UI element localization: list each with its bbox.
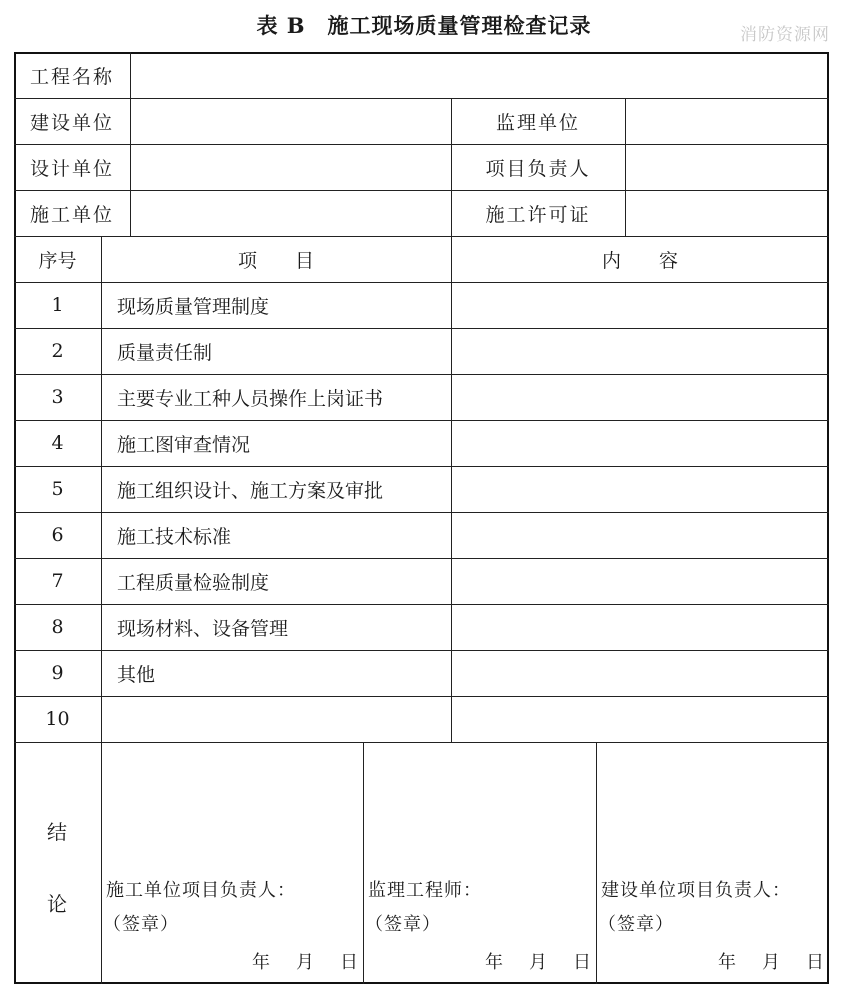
signature-role: 监理工程师：: [368, 876, 482, 902]
signature-date: 年月日: [692, 948, 824, 974]
date-day: 日: [340, 952, 358, 973]
conclusion-label-bottom: 论: [47, 888, 67, 917]
row-number: 1: [14, 282, 101, 328]
row-content-field[interactable]: [451, 282, 829, 328]
supervisor-field[interactable]: [625, 98, 829, 144]
conclusion-label-top: 结: [47, 816, 67, 845]
row-item: 主要专业工种人员操作上岗证书: [101, 374, 451, 420]
row-content-field[interactable]: [451, 420, 829, 466]
date-month: 月: [296, 952, 314, 973]
signature-role: 施工单位项目负责人：: [106, 876, 296, 902]
column-header-seq: 序号: [14, 236, 101, 282]
row-divider: [14, 742, 829, 743]
row-item: 现场材料、设备管理: [101, 604, 451, 650]
builder-label: 建设单位: [14, 98, 130, 144]
row-number: 3: [14, 374, 101, 420]
signature-stamp: （签章）: [365, 910, 441, 936]
row-content-field[interactable]: [451, 604, 829, 650]
row-content-field[interactable]: [451, 512, 829, 558]
row-content-field[interactable]: [451, 696, 829, 742]
contractor-field[interactable]: [130, 190, 451, 236]
row-content-field[interactable]: [451, 374, 829, 420]
date-month: 月: [762, 952, 780, 973]
permit-field[interactable]: [625, 190, 829, 236]
signature-stamp: （签章）: [598, 910, 674, 936]
row-item: 工程质量检验制度: [101, 558, 451, 604]
row-number: 5: [14, 466, 101, 512]
contractor-label: 施工单位: [14, 190, 130, 236]
title-text: 施工现场质量管理检查记录: [328, 14, 592, 38]
column-header-item: 项 目: [101, 236, 451, 282]
date-year: 年: [718, 952, 736, 973]
document-title: 表 B施工现场质量管理检查记录: [0, 10, 848, 40]
row-number: 9: [14, 650, 101, 696]
designer-field[interactable]: [130, 144, 451, 190]
date-day: 日: [806, 952, 824, 973]
row-item[interactable]: [101, 696, 451, 742]
col-divider: [363, 742, 364, 984]
supervisor-label: 监理单位: [451, 98, 625, 144]
row-number: 2: [14, 328, 101, 374]
signature-stamp: （签章）: [103, 910, 179, 936]
row-item: 施工技术标准: [101, 512, 451, 558]
row-content-field[interactable]: [451, 328, 829, 374]
watermark: 消防资源网: [740, 20, 830, 45]
title-code: 表 B: [256, 13, 305, 38]
row-number: 8: [14, 604, 101, 650]
project-manager-label: 项目负责人: [451, 144, 625, 190]
builder-field[interactable]: [130, 98, 451, 144]
signature-date: 年月日: [459, 948, 591, 974]
row-content-field[interactable]: [451, 650, 829, 696]
permit-label: 施工许可证: [451, 190, 625, 236]
row-content-field[interactable]: [451, 466, 829, 512]
row-number: 7: [14, 558, 101, 604]
signature-role: 建设单位项目负责人：: [601, 876, 791, 902]
date-year: 年: [252, 952, 270, 973]
project-name-label: 工程名称: [14, 52, 130, 98]
row-number: 6: [14, 512, 101, 558]
date-day: 日: [573, 952, 591, 973]
signature-date: 年月日: [226, 948, 358, 974]
col-divider: [596, 742, 597, 984]
row-item: 现场质量管理制度: [101, 282, 451, 328]
column-header-content: 内 容: [451, 236, 829, 282]
row-item: 其他: [101, 650, 451, 696]
row-item: 质量责任制: [101, 328, 451, 374]
date-year: 年: [485, 952, 503, 973]
row-item: 施工图审查情况: [101, 420, 451, 466]
row-content-field[interactable]: [451, 558, 829, 604]
project-manager-field[interactable]: [625, 144, 829, 190]
row-number: 10: [14, 696, 101, 742]
project-name-field[interactable]: [130, 52, 829, 98]
row-item: 施工组织设计、施工方案及审批: [101, 466, 451, 512]
date-month: 月: [529, 952, 547, 973]
row-number: 4: [14, 420, 101, 466]
designer-label: 设计单位: [14, 144, 130, 190]
